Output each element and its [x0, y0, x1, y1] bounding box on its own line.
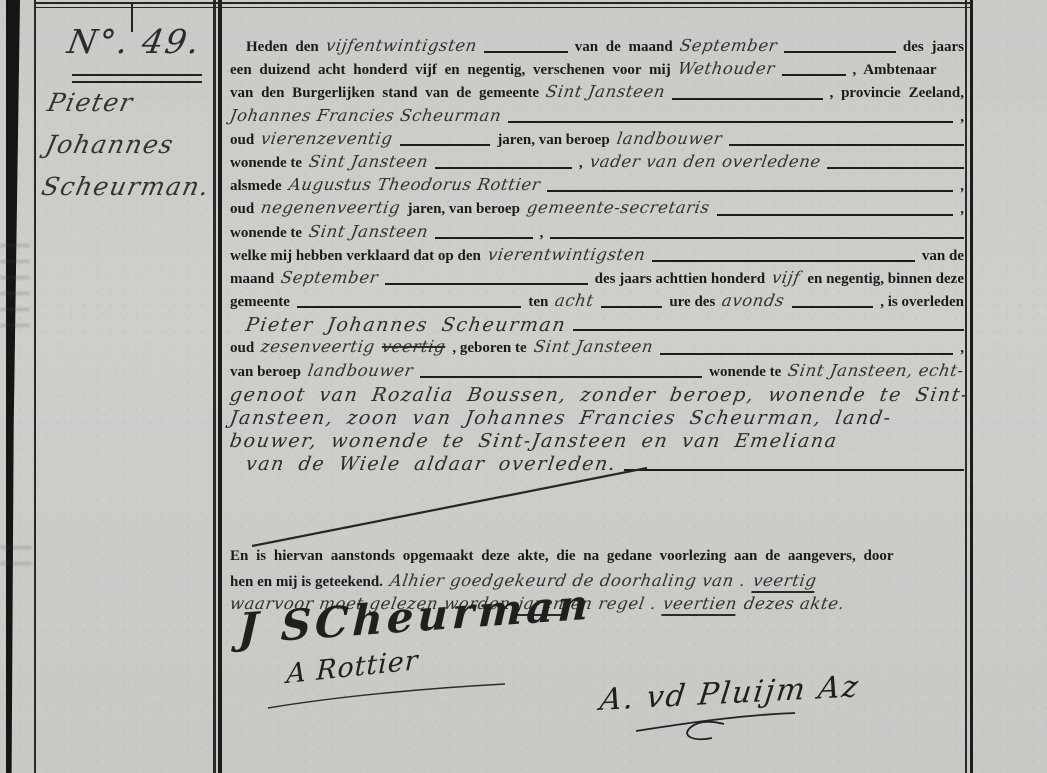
handwritten-text: dezes akte.: [743, 594, 847, 613]
death-certificate-scan: N°. 49. Pieter Johannes Scheurman. Heden…: [0, 0, 1047, 773]
filler-rule: [827, 163, 964, 169]
filler-rule: [508, 117, 953, 123]
filler-rule: [784, 47, 896, 53]
handwritten-text: Sint Jansteen: [308, 222, 430, 241]
handwritten-text: Pieter Johannes Scheurman: [244, 314, 568, 336]
printed-text: , is overleden: [880, 294, 964, 311]
signature-declarant-rottier: A Rottier: [286, 645, 419, 690]
printed-text: van de: [922, 248, 964, 265]
handwritten-text: Sint Jansteen: [532, 337, 654, 356]
margin-deceased-firstname: Pieter: [45, 88, 137, 117]
form-line: oudnegenenveertigjaren, van beroepgemeen…: [230, 198, 964, 221]
filler-rule: [652, 256, 915, 262]
printed-text: van de maand: [575, 39, 673, 56]
printed-text: alsmede: [230, 178, 282, 195]
handwritten-text: landbouwer: [306, 361, 414, 380]
printed-text: ten: [528, 294, 548, 311]
margin-deceased-middlename: Johannes: [43, 130, 177, 159]
bleedthrough-artifact: [0, 236, 30, 340]
printed-text: oud: [230, 340, 254, 357]
handwritten-text: van de Wiele aldaar overleden.: [244, 453, 618, 475]
printed-text: wonende te: [230, 155, 302, 172]
handwritten-text: vijfentwintigsten: [324, 36, 478, 55]
margin-left-rule: [34, 0, 36, 773]
filler-rule: [672, 94, 822, 100]
filler-rule: [297, 302, 521, 308]
blank-space-strike-line: [252, 468, 647, 546]
handwritten-text: vierentwintigsten: [486, 245, 646, 264]
printed-text: een duizend acht honderd vijf en negenti…: [230, 62, 671, 79]
form-line: van den Burgerlijken stand van de gemeen…: [230, 82, 964, 105]
handwritten-text: Jansteen, zoon van Johannes Francies Sch…: [228, 407, 893, 429]
handwritten-text: vijf: [771, 268, 802, 287]
printed-text: maand: [230, 271, 274, 288]
filler-rule: [547, 186, 953, 192]
form-line: een duizend acht honderd vijf en negenti…: [230, 59, 964, 82]
filler-rule: [550, 233, 964, 239]
form-line: Jansteen, zoon van Johannes Francies Sch…: [230, 407, 964, 430]
form-line: maandSeptemberdes jaars achttien honderd…: [230, 268, 964, 291]
form-line: Heden denvijfentwintigstenvan de maandSe…: [230, 36, 964, 59]
printed-text: ,: [960, 201, 964, 218]
handwritten-text: vierenzeventig: [260, 129, 395, 148]
handwritten-text: Sint Jansteen: [308, 152, 430, 171]
handwritten-text: Wethouder: [676, 59, 776, 78]
pluijm-signature-flourish: [636, 713, 795, 739]
printed-text: , provincie Zeeland,: [830, 85, 964, 102]
act-body-text: Heden denvijfentwintigstenvan de maandSe…: [230, 36, 964, 477]
handwritten-text: Johannes Francies Scheurman: [228, 106, 502, 125]
filler-rule: [435, 163, 572, 169]
filler-rule: [400, 140, 490, 146]
printed-text: wonende te: [709, 364, 781, 381]
printed-text: des jaars achttien honderd: [595, 271, 765, 288]
printed-text: oud: [230, 201, 254, 218]
printed-text: oud: [230, 132, 254, 149]
handwritten-text: veertig: [751, 571, 818, 593]
filler-rule: [385, 279, 587, 285]
scan-binding-edge: [6, 0, 20, 773]
filler-rule: [624, 465, 964, 471]
printed-text: des jaars: [903, 39, 964, 56]
right-border-rule-inner: [970, 0, 973, 773]
printed-text: En is hiervan aanstonds opgemaakt deze a…: [230, 548, 894, 565]
form-line: wonende teSint Jansteen,vader van den ov…: [230, 152, 964, 175]
margin-deceased-surname: Scheurman.: [39, 172, 213, 201]
handwritten-text: gemeente-secretaris: [525, 198, 711, 217]
filler-rule: [484, 47, 568, 53]
filler-rule: [573, 325, 964, 331]
form-line: hen en mij is geteekend.Alhier goedgekeu…: [230, 571, 964, 594]
handwritten-text: landbouwer: [615, 129, 723, 148]
printed-text: ,: [960, 340, 964, 357]
handwritten-text: Augustus Theodorus Rottier: [287, 175, 541, 194]
printed-text: wonende te: [230, 225, 302, 242]
printed-text: ,: [960, 109, 964, 126]
form-line: oudzesenveertigveertig, geboren teSint J…: [230, 337, 964, 360]
handwritten-text: vader van den overledene: [588, 152, 822, 171]
printed-text: , geboren te: [452, 340, 526, 357]
filler-rule: [792, 302, 874, 308]
handwritten-text: September: [280, 268, 380, 287]
form-line: bouwer, wonende te Sint-Jansteen en van …: [230, 430, 964, 453]
form-line: genoot van Rozalia Boussen, zonder beroe…: [230, 384, 964, 407]
filler-rule: [729, 140, 964, 146]
handwritten-text: veertien: [662, 594, 739, 616]
margin-divider-rule-outer: [213, 0, 216, 773]
printed-text: van den Burgerlijken stand van de gemeen…: [230, 85, 539, 102]
handwritten-text: negenenveertig: [260, 198, 402, 217]
form-line: Johannes Francies Scheurman,: [230, 106, 964, 129]
printed-text: ure des: [669, 294, 715, 311]
form-line: Pieter Johannes Scheurman: [230, 314, 964, 337]
printed-text: ,: [540, 225, 544, 242]
handwritten-text: bouwer, wonende te Sint-Jansteen en van …: [228, 430, 839, 452]
act-number: N°. 49.: [37, 22, 216, 61]
form-line: oudvierenzeventigjaren, van beroeplandbo…: [230, 129, 964, 152]
printed-text: hen en mij is geteekend.: [230, 574, 383, 591]
printed-text: gemeente: [230, 294, 290, 311]
handwritten-text: September: [678, 36, 778, 55]
printed-text: Heden den: [246, 39, 319, 56]
handwritten-text: acht: [554, 291, 596, 310]
top-border-rule-outer: [34, 2, 971, 4]
margin-column: N°. 49.: [40, 22, 212, 61]
act-number-underline-rule: [72, 74, 202, 83]
filler-rule: [782, 70, 846, 76]
form-line: van de Wiele aldaar overleden.: [230, 453, 964, 476]
form-line: gemeentetenachture desavonds, is overled…: [230, 291, 964, 314]
top-border-rule-inner: [34, 7, 971, 8]
printed-text: ,: [960, 178, 964, 195]
bleedthrough-artifact: [0, 534, 32, 578]
printed-text: jaren, van beroep: [408, 201, 520, 218]
handwritten-text: avonds: [721, 291, 786, 310]
filler-rule: [435, 233, 532, 239]
form-line: van beroeplandbouwerwonende teSint Janst…: [230, 361, 964, 384]
handwritten-text: Sint Jansteen: [544, 82, 666, 101]
signature-official-pluijm: A. vd Pluijm Az: [598, 669, 862, 718]
printed-text: en negentig, binnen deze: [807, 271, 964, 288]
filler-rule: [420, 372, 702, 378]
filler-rule: [660, 349, 953, 355]
filler-rule: [601, 302, 662, 308]
printed-text: ,: [579, 155, 583, 172]
printed-text: , Ambtenaar: [853, 62, 937, 79]
form-line: alsmedeAugustus Theodorus Rottier,: [230, 175, 964, 198]
printed-text: jaren, van beroep: [497, 132, 609, 149]
margin-divider-rule-inner: [218, 0, 222, 773]
form-line: wonende teSint Jansteen,: [230, 222, 964, 245]
handwritten-text: Sint Jansteen, echt-: [787, 361, 966, 380]
form-line: En is hiervan aanstonds opgemaakt deze a…: [230, 548, 964, 571]
handwritten-text: zesenveertig: [260, 337, 377, 356]
handwritten-text: veertig: [380, 337, 446, 356]
printed-text: van beroep: [230, 364, 301, 381]
handwritten-text: genoot van Rozalia Boussen, zonder beroe…: [228, 384, 971, 406]
filler-rule: [717, 210, 954, 216]
printed-text: welke mij hebben verklaard dat op den: [230, 248, 481, 265]
form-line: welke mij hebben verklaard dat op denvie…: [230, 245, 964, 268]
